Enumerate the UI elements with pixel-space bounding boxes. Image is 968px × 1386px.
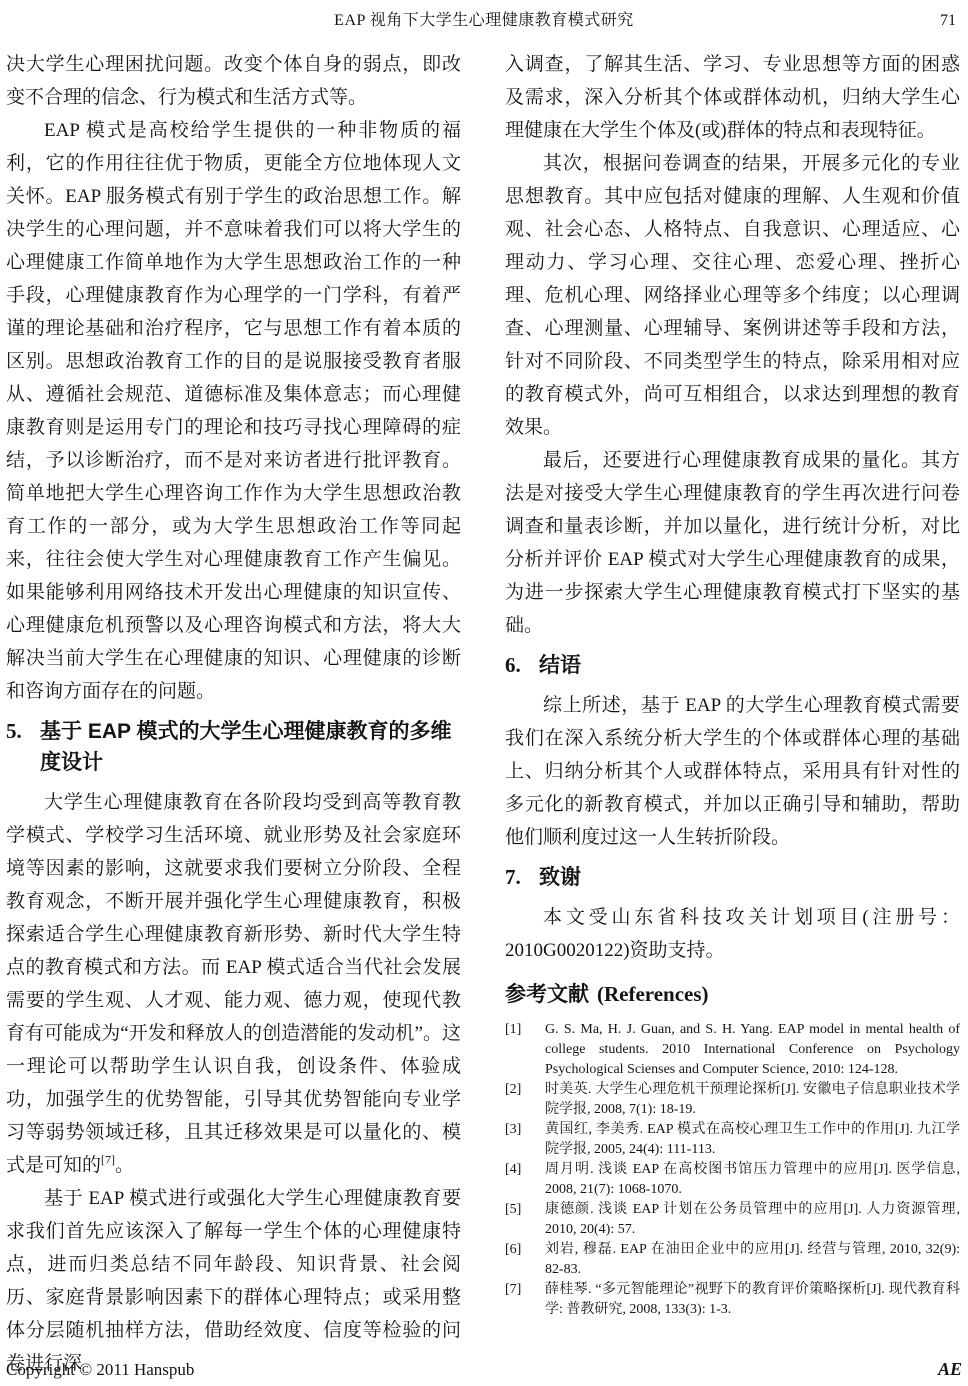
paragraph-design-tail: 。 [115, 1155, 134, 1176]
reference-label: [5] [505, 1200, 545, 1240]
reference-label: [7] [505, 1280, 545, 1320]
references-heading-en: (References) [597, 979, 709, 1010]
paragraph-design: 大学生心理健康教育在各阶段均受到高等教育教学模式、学校学习生活环境、就业形势及社… [6, 786, 461, 1182]
paragraph-conclusion: 综上所述，基于 EAP 的大学生心理教育模式需要我们在深入系统分析大学生的个体或… [505, 689, 960, 854]
paragraph-secondly: 其次，根据问卷调查的结果，开展多元化的专业思想教育。其中应包括对健康的理解、人生… [505, 147, 960, 444]
section-heading-5: 5. 基于 EAP 模式的大学生心理健康教育的多维度设计 [6, 716, 461, 778]
journal-mark: AE [938, 1359, 962, 1380]
reference-item: [7] 薛桂琴. “多元智能理论”视野下的教育评价策略探析[J]. 现代教育科学… [505, 1280, 960, 1320]
copyright-text: Copyright © 2011 Hanspub [6, 1360, 194, 1380]
section-number: 6. [505, 650, 539, 681]
page-number: 71 [940, 10, 956, 32]
paragraph-survey: 基于 EAP 模式进行或强化大学生心理健康教育要求我们首先应该深入了解每一学生个… [6, 1182, 461, 1380]
paragraph-eap-model: EAP 模式是高校给学生提供的一种非物质的福利，它的作用往往优于物质，更能全方位… [6, 114, 461, 708]
paragraph-finally: 最后，还要进行心理健康教育成果的量化。其方法是对接受大学生心理健康教育的学生再次… [505, 444, 960, 642]
reference-label: [2] [505, 1080, 545, 1120]
section-title: 致谢 [539, 862, 960, 893]
reference-text: 康德颜. 浅谈 EAP 计划在公务员管理中的应用[J]. 人力资源管理, 201… [545, 1200, 960, 1240]
reference-text: 时美英. 大学生心理危机干预理论探析[J]. 安徽电子信息职业技术学院学报, 2… [545, 1080, 960, 1120]
reference-text: G. S. Ma, H. J. Guan, and S. H. Yang. EA… [545, 1020, 960, 1080]
reference-text: 薛桂琴. “多元智能理论”视野下的教育评价策略探析[J]. 现代教育科学: 普教… [545, 1280, 960, 1320]
citation-superscript-7: [7] [101, 1153, 115, 1167]
reference-item: [3] 黄国红, 李美秀. EAP 模式在高校心理卫生工作中的作用[J]. 九江… [505, 1120, 960, 1160]
reference-text: 黄国红, 李美秀. EAP 模式在高校心理卫生工作中的作用[J]. 九江学院学报… [545, 1120, 960, 1160]
page-header: EAP 视角下大学生心理健康教育模式研究 71 [6, 10, 962, 36]
reference-text: 周月明. 浅谈 EAP 在高校图书馆压力管理中的应用[J]. 医学信息, 200… [545, 1160, 960, 1200]
reference-label: [6] [505, 1240, 545, 1280]
section-heading-6: 6. 结语 [505, 650, 960, 681]
page-footer: Copyright © 2011 Hanspub AE [6, 1359, 962, 1380]
paper-page: EAP 视角下大学生心理健康教育模式研究 71 决大学生心理困扰问题。改变个体自… [0, 0, 968, 1386]
section-title: 结语 [539, 650, 960, 681]
running-title: EAP 视角下大学生心理健康教育模式研究 [6, 10, 962, 32]
right-column: 入调查，了解其生活、学习、专业思想等方面的困惑及需求，深入分析其个体或群体动机，… [505, 48, 960, 1380]
references-heading: 参考文献 (References) [505, 979, 960, 1010]
two-column-body: 决大学生心理困扰问题。改变个体自身的弱点，即改变不合理的信念、行为模式和生活方式… [6, 48, 962, 1380]
reference-item: [6] 刘岩, 穆磊. EAP 在油田企业中的应用[J]. 经营与管理, 201… [505, 1240, 960, 1280]
reference-label: [3] [505, 1120, 545, 1160]
references-list: [1] G. S. Ma, H. J. Guan, and S. H. Yang… [505, 1020, 960, 1320]
reference-item: [2] 时美英. 大学生心理危机干预理论探析[J]. 安徽电子信息职业技术学院学… [505, 1080, 960, 1120]
paragraph-acknowledgement: 本文受山东省科技攻关计划项目(注册号：2010G0020122)资助支持。 [505, 901, 960, 967]
section-title: 基于 EAP 模式的大学生心理健康教育的多维度设计 [40, 716, 461, 778]
reference-item: [1] G. S. Ma, H. J. Guan, and S. H. Yang… [505, 1020, 960, 1080]
reference-text: 刘岩, 穆磊. EAP 在油田企业中的应用[J]. 经营与管理, 2010, 3… [545, 1240, 960, 1280]
reference-item: [5] 康德颜. 浅谈 EAP 计划在公务员管理中的应用[J]. 人力资源管理,… [505, 1200, 960, 1240]
paragraph-design-text: 大学生心理健康教育在各阶段均受到高等教育教学模式、学校学习生活环境、就业形势及社… [6, 792, 461, 1176]
paragraph-continued: 决大学生心理困扰问题。改变个体自身的弱点，即改变不合理的信念、行为模式和生活方式… [6, 48, 461, 114]
section-heading-7: 7. 致谢 [505, 862, 960, 893]
section-number: 7. [505, 862, 539, 893]
paragraph-survey-continued: 入调查，了解其生活、学习、专业思想等方面的困惑及需求，深入分析其个体或群体动机，… [505, 48, 960, 147]
reference-label: [4] [505, 1160, 545, 1200]
section-number: 5. [6, 716, 40, 778]
references-heading-zh: 参考文献 [505, 979, 589, 1010]
reference-label: [1] [505, 1020, 545, 1080]
left-column: 决大学生心理困扰问题。改变个体自身的弱点，即改变不合理的信念、行为模式和生活方式… [6, 48, 461, 1380]
reference-item: [4] 周月明. 浅谈 EAP 在高校图书馆压力管理中的应用[J]. 医学信息,… [505, 1160, 960, 1200]
